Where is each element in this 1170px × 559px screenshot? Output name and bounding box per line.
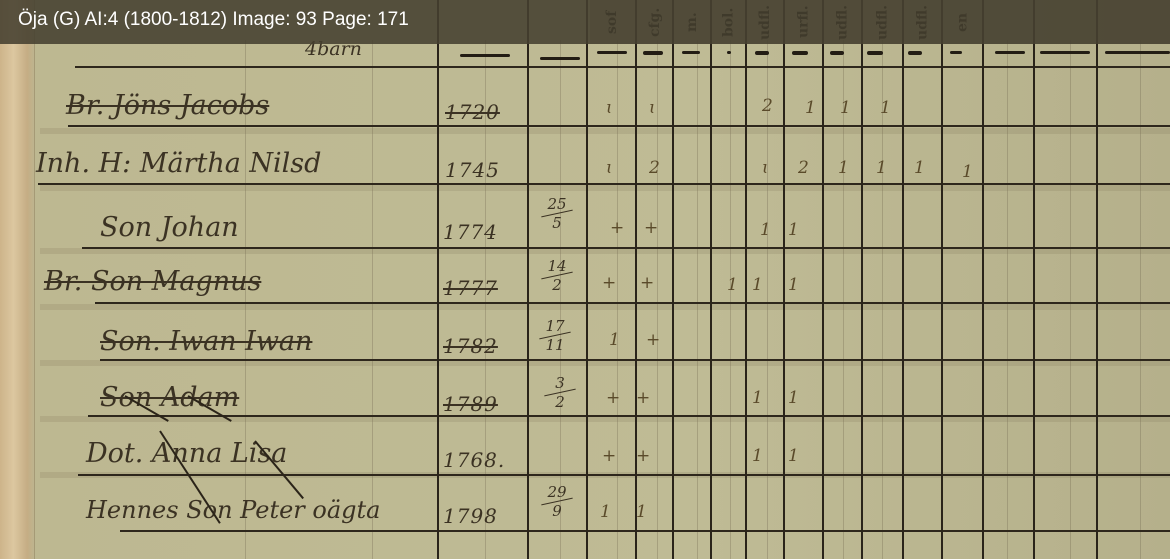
mark: 2 — [762, 96, 773, 116]
mark: ɩ — [606, 158, 613, 178]
entry-birth-year: 1768. — [443, 448, 505, 472]
header-dash — [995, 51, 1025, 54]
mark: + — [606, 388, 620, 408]
faint-rule — [1140, 40, 1141, 559]
entry-birth-year: 1798 — [443, 504, 498, 528]
column-rule — [672, 0, 674, 559]
mark: ɩ — [606, 98, 613, 118]
mark: 1 — [609, 330, 620, 350]
entry-birth-year: 1745 — [445, 158, 500, 182]
header-dash — [867, 51, 883, 55]
entry-name: Son Johan — [100, 212, 239, 243]
entry-date: 32 — [540, 375, 580, 410]
faint-rule — [372, 40, 373, 559]
mark: 1 — [840, 98, 851, 118]
mark: 1 — [788, 388, 799, 408]
header-dash — [1105, 51, 1170, 54]
mark: 1 — [805, 98, 816, 118]
image-title-bar: Öja (G) AI:4 (1800-1812) Image: 93 Page:… — [0, 0, 1170, 44]
row-rule — [38, 183, 1170, 185]
header-dash — [643, 51, 663, 55]
faint-rule — [1007, 40, 1008, 559]
row-rule — [82, 247, 1170, 249]
header-dash — [830, 51, 844, 55]
entry-name: Hennes Son Peter oägta — [86, 496, 380, 524]
faint-rule — [767, 40, 768, 559]
entry-date-text: 255 — [537, 196, 577, 231]
entry-date: 142 — [537, 258, 577, 293]
entry-date-text: 1711 — [535, 318, 575, 353]
entry-birth-year: 1789 — [443, 392, 498, 416]
column-rule — [527, 0, 529, 559]
faint-rule — [1070, 40, 1071, 559]
mark: 1 — [788, 220, 799, 240]
column-rule — [1033, 0, 1035, 559]
entry-name: Inh. H: Märtha Nilsd — [36, 148, 321, 179]
header-dash — [1040, 51, 1090, 54]
row-rule — [88, 415, 1170, 417]
mark: 1 — [788, 446, 799, 466]
header-dash — [908, 51, 922, 55]
header-rule — [75, 66, 1170, 68]
column-rule — [1096, 0, 1098, 559]
mark: + — [640, 273, 654, 293]
column-rule — [941, 0, 943, 559]
column-rule — [745, 0, 747, 559]
faint-rule — [697, 40, 698, 559]
mark: ɩ — [649, 98, 656, 118]
mark: ɩ — [762, 158, 769, 178]
mark: 1 — [752, 446, 763, 466]
entry-date: 255 — [537, 196, 577, 231]
mark: + — [646, 330, 660, 350]
column-rule — [982, 0, 984, 559]
column-rule — [861, 0, 863, 559]
row-rule — [120, 530, 1170, 532]
mark: 1 — [876, 158, 887, 178]
mark: + — [610, 218, 624, 238]
column-rule — [902, 0, 904, 559]
mark: 1 — [880, 98, 891, 118]
entry-birth-year: 1777 — [443, 276, 498, 300]
header-dash — [682, 51, 700, 54]
column-rule — [586, 0, 588, 559]
mark: + — [602, 446, 616, 466]
mark: 1 — [962, 162, 973, 182]
column-rule — [635, 0, 637, 559]
header-dash — [597, 51, 627, 54]
row-rule — [95, 302, 1170, 304]
header-dash — [460, 54, 510, 57]
entry-name: Son Adam — [100, 382, 239, 413]
mark: 1 — [788, 275, 799, 295]
entry-birth-year: 1720 — [445, 100, 500, 124]
entry-name: Br. Jöns Jacobs — [66, 90, 269, 121]
faint-rule — [617, 40, 618, 559]
header-dash — [755, 51, 769, 55]
column-rule — [437, 0, 439, 559]
entry-birth-year: 1782 — [443, 334, 498, 358]
row-shadow — [40, 185, 1170, 191]
mark: + — [636, 388, 650, 408]
book-binding — [0, 0, 35, 559]
mark: 1 — [636, 502, 647, 522]
column-rule — [822, 0, 824, 559]
entry-name: Br. Son Magnus — [44, 266, 261, 297]
mark: 1 — [760, 220, 771, 240]
mark: 1 — [752, 275, 763, 295]
faint-rule — [657, 40, 658, 559]
entry-date-text: 142 — [537, 258, 577, 293]
mark: 2 — [798, 158, 809, 178]
header-dash — [950, 51, 962, 54]
mark: 1 — [752, 388, 763, 408]
column-rule — [710, 0, 712, 559]
row-shadow — [40, 304, 1170, 310]
row-rule — [78, 474, 1170, 476]
header-dash — [792, 51, 808, 55]
row-shadow — [40, 128, 1170, 134]
entry-name: Son. Iwan Iwan — [100, 326, 312, 357]
image-title: Öja (G) AI:4 (1800-1812) Image: 93 Page:… — [18, 9, 409, 31]
faint-rule — [730, 40, 731, 559]
entry-date: 299 — [537, 484, 577, 519]
header-dash — [727, 51, 731, 54]
header-dash — [540, 57, 580, 60]
entry-date-text: 32 — [540, 375, 580, 410]
mark: + — [644, 218, 658, 238]
entry-birth-year: 1774 — [443, 220, 498, 244]
register-page-scan: sof cfg. m. bol. udfl. urfl. udfl. udfl.… — [0, 0, 1170, 559]
mark: 2 — [649, 158, 660, 178]
mark: + — [636, 446, 650, 466]
mark: 1 — [600, 502, 611, 522]
mark: + — [602, 273, 616, 293]
entry-date-text: 299 — [537, 484, 577, 519]
mark: 1 — [914, 158, 925, 178]
mark: 1 — [727, 275, 738, 295]
entry-date: 1711 — [535, 318, 575, 353]
faint-rule — [560, 40, 561, 559]
column-rule — [783, 0, 785, 559]
row-rule — [68, 125, 1170, 127]
mark: 1 — [838, 158, 849, 178]
